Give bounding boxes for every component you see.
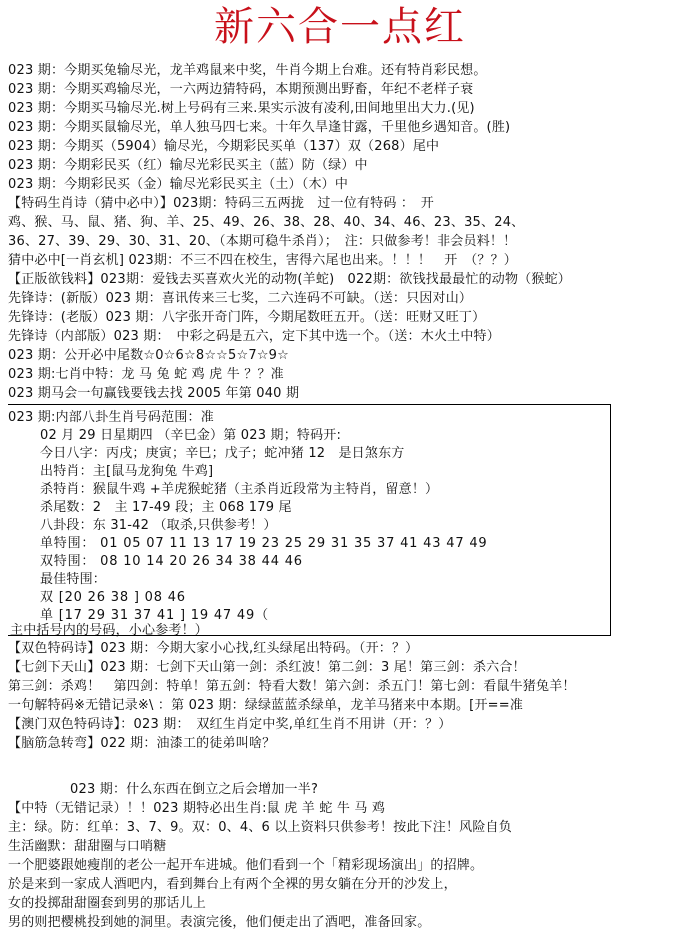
- box-dan-te-wei: 单特围： 01 05 07 11 13 17 19 23 25 29 31 35…: [40, 535, 487, 553]
- text-line: 猜中必中[一肖玄机] 023期：不三不四在校生，害得六尾也出来。！！！ 开 （？…: [8, 252, 517, 270]
- dan-te-wei-label: 单特围：: [40, 536, 95, 551]
- text-line: 023 期:七肖中特：龙 马 兔 蛇 鸡 虎 牛 ？？准: [8, 366, 284, 384]
- text-line: 【中特（无错记录）！！023 期特必出生肖:鼠 虎 羊 蛇 牛 马 鸡: [8, 800, 385, 818]
- text-line: 一个肥婆跟她瘦削的老公一起开车进城。他们看到一个「精彩现场演出」的招牌。: [8, 857, 483, 875]
- text-line: 先锋诗（内部版）023 期： 中彩之码是五六，定下其中选一个。（送：木火土中特）: [8, 328, 500, 346]
- text-line: 【双色特码诗】023 期：今期大家小心找,红头绿尾出特码。（开：？）: [8, 640, 418, 658]
- text-line: 鸡、猴、马、鼠、猪、狗、羊、25、49、26、38、28、40、34、46、23…: [8, 214, 524, 232]
- box-sha-te-xiao: 杀特肖：猴鼠牛鸡 +羊虎猴蛇猪（主杀肖近段常为主特肖，留意！）: [40, 481, 438, 499]
- text-line: 023 期：今期买鸡输尽光，一六两边猜特码，本期预测出野畜，年纪不老样子衰: [8, 81, 473, 99]
- text-line: 023 期：今期买马输尽光.树上号码有三来.果实示波有凌利,田间地里出大力.(见…: [8, 100, 475, 118]
- text-line: 先锋诗：(老版）023 期：八字张开奇门阵，今期尾数旺五开。（送：旺财又旺丁）: [8, 309, 485, 327]
- box-chu-te-xiao: 出特肖：主[鼠马龙狗兔 牛鸡]: [40, 463, 213, 481]
- text-line: 於是来到一家成人酒吧内，看到舞台上有两个全裸的男女躺在分开的沙发上，: [8, 876, 457, 894]
- box-shuang-te-wei: 双特围： 08 10 14 20 26 34 38 44 46: [40, 553, 303, 571]
- text-line: 【特码生肖诗（猜中必中）】023期：特码三五两拢 过一位有特码 ： 开: [8, 195, 434, 213]
- riddle-line: 023 期：什么东西在倒立之后会增加一半?: [70, 781, 318, 799]
- text-line: 023 期：今期彩民买（金）输尽光彩民买主（土）（木）中: [8, 176, 348, 194]
- text-line: 主：绿。防：红单：3、7、9。双：0、4、6 以上资料只供参考！按此下注！风险自…: [8, 819, 512, 837]
- shuang-te-wei-label: 双特围：: [40, 554, 95, 569]
- page-title: 新六合一点红: [0, 4, 680, 50]
- text-line: 女的投掷甜甜圈套到男的那话儿上: [8, 895, 206, 913]
- text-line: 【正版欲钱料】023期：爱钱去买喜欢火光的动物(羊蛇) 022期：欲钱找最最忙的…: [8, 271, 571, 289]
- text-line: 【脑筋急转弯】022 期：油漆工的徒弟叫啥？: [8, 735, 275, 753]
- text-line: 36、27、39、29、30、31、20、（本期可稳牛杀肖）； 注：只做参考！非…: [8, 233, 516, 251]
- text-line: 第三剑：杀鸡！ 第四剑：特单！第五剑：特看大数！第六剑：杀五门！第七剑：看鼠牛猪…: [8, 678, 576, 696]
- text-line: 023 期：今期买（5904）输尽光，今期彩民买单（137）双（268）尾中: [8, 138, 439, 156]
- text-line: 【七剑下天山】023 期：七剑下天山第一剑：杀红波！第二剑：3 尾！第三剑：杀六…: [8, 659, 526, 677]
- text-line: 023 期：公开必中尾数☆0☆6☆8☆☆5☆7☆9☆: [8, 347, 289, 365]
- box-header: 023 期:内部八卦生肖号码范围：准: [8, 409, 214, 427]
- text-line: 生活幽默：甜甜圈与口哨糖: [8, 838, 166, 856]
- box-sha-wei-shu: 杀尾数：2 主 17-49 段；主 068 179 尾: [40, 499, 292, 517]
- text-line: 023 期：今期买鼠输尽光，单人独马四七来。十年久旱逢甘露，千里他乡遇知音。(胜…: [8, 119, 510, 137]
- text-line: 023 期：今期买兔输尽光，龙羊鸡鼠来中奖，牛肖今期上台难。还有特肖彩民想。: [8, 62, 487, 80]
- box-bagua-duan: 八卦段：东 31-42 （取杀,只供参考！）: [40, 517, 277, 535]
- box-best-label: 最佳特围：: [40, 571, 106, 589]
- text-line: 023 期：今期彩民买（红）输尽光彩民买主（蓝）防（绿）中: [8, 157, 368, 175]
- shuang-te-wei-numbers: 08 10 14 20 26 34 38 44 46: [100, 554, 303, 569]
- box-bazi: 今日八字：丙戌；庚寅；辛巳；戊子；蛇冲猪 12 是日煞东方: [40, 445, 404, 463]
- text-line: 【澳门双色特码诗】：023 期： 双红生肖定中奖,单红生肖不用讲（开：？）: [8, 716, 451, 734]
- dan-te-wei-numbers: 01 05 07 11 13 17 19 23 25 29 31 35 37 4…: [100, 536, 487, 551]
- box-date-line: 02 月 29 日星期四 （辛巳金）第 023 期；特码开:: [40, 427, 341, 445]
- text-line: 男的则把樱桃投到她的洞里。表演完後，他们便走出了酒吧，准备回家。: [8, 914, 430, 932]
- box-note: 主中括号内的号码，小心参考！）: [10, 622, 208, 640]
- box-best-shuang: 双 [20 26 38 ] 08 46: [40, 589, 186, 607]
- text-line: 023 期马会一句赢钱要钱去找 2005 年第 040 期: [8, 385, 299, 403]
- text-line: 一句解特码※无错记录※\ ：第 023 期：绿绿蓝蓝杀绿单，龙羊马猪来中本期。[…: [8, 697, 523, 715]
- text-line: 先锋诗：(新版）023 期：喜讯传来三七奖，二六连码不可缺。（送：只因对山）: [8, 290, 472, 308]
